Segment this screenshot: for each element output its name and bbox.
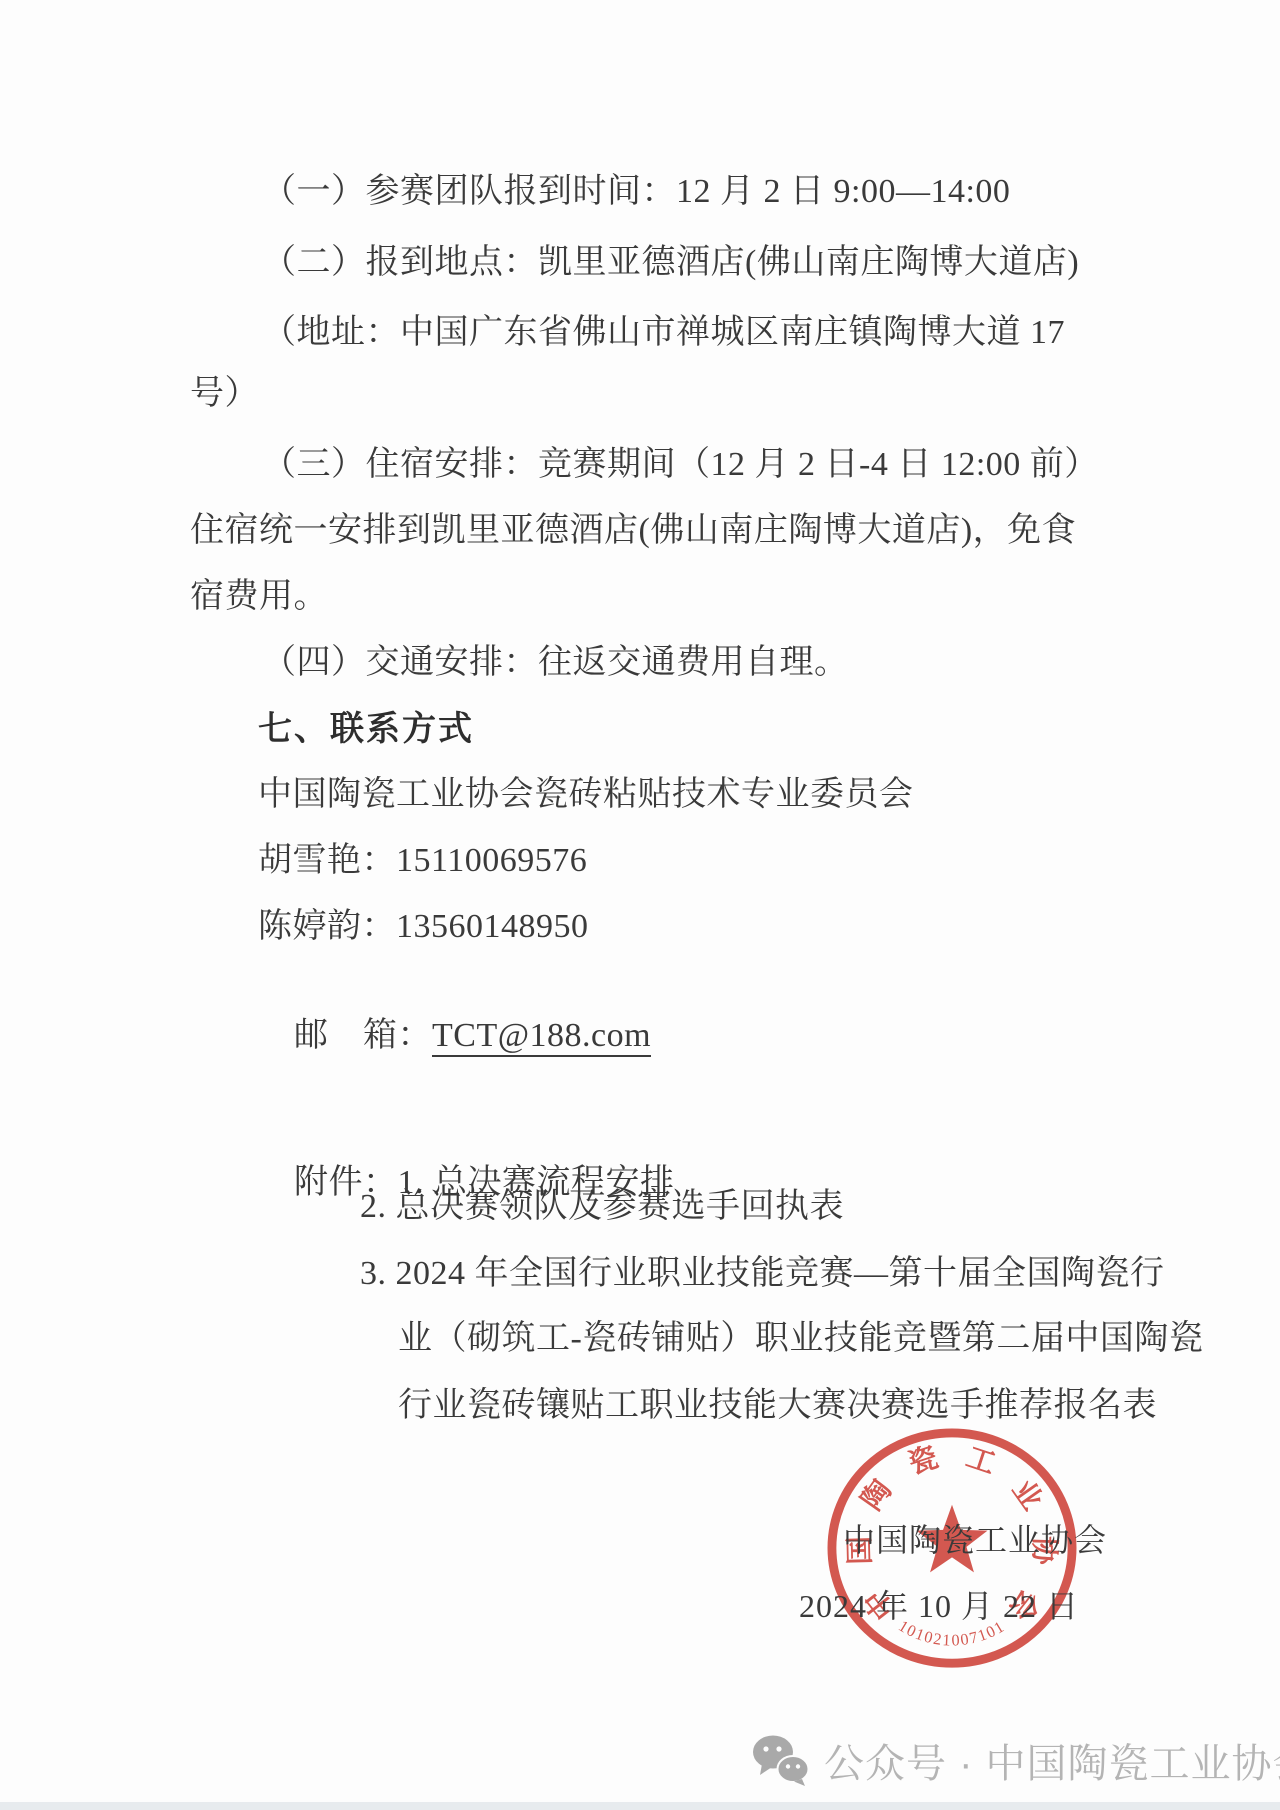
doc-line-address-wrap: 号） xyxy=(190,372,259,416)
doc-line-accommodation-wrap2: 宿费用。 xyxy=(190,575,328,619)
doc-line-accommodation-wrap1: 住宿统一安排到凯里亚德酒店(佛山南庄陶博大道店)，免食 xyxy=(190,509,1076,553)
doc-line-accommodation: （三）住宿安排：竞赛期间（12 月 2 日-4 日 12:00 前） xyxy=(262,443,1099,487)
svg-text:工: 工 xyxy=(962,1442,999,1480)
svg-text:陶: 陶 xyxy=(855,1473,899,1516)
doc-line-contact-phone-2: 陈婷韵：13560148950 xyxy=(258,905,589,949)
svg-text:瓷: 瓷 xyxy=(904,1440,942,1480)
attachment-item-3-wrap2: 行业瓷砖镶贴工职业技能大赛决赛选手推荐报名表 xyxy=(398,1384,1157,1428)
svg-text:业: 业 xyxy=(1006,1474,1049,1516)
wechat-icon xyxy=(752,1735,810,1787)
email-address: TCT@188.com xyxy=(432,1017,651,1057)
doc-line-transportation: （四）交通安排：往返交通费用自理。 xyxy=(262,641,849,685)
signature-date: 2024 年 10 月 22 日 xyxy=(799,1584,1079,1628)
doc-line-registration-time: （一）参赛团队报到时间：12 月 2 日 9:00—14:00 xyxy=(262,170,1010,214)
doc-line-address: （地址：中国广东省佛山市禅城区南庄镇陶博大道 17 xyxy=(262,311,1065,355)
doc-line-registration-place: （二）报到地点：凯里亚德酒店(佛山南庄陶博大道店) xyxy=(262,241,1079,285)
attachment-item-3: 3. 2024 年全国行业职业技能竞赛—第十届全国陶瓷行 xyxy=(360,1252,1165,1296)
attachment-list-line-1: 附件：1. 总决赛流程安排 xyxy=(258,1117,675,1249)
scanned-notice-page: 中国陶瓷工业协会 11010210071012 （一）参赛团队报到时间：12 月… xyxy=(0,0,1280,1810)
doc-line-contact-phone-1: 胡雪艳：15110069576 xyxy=(258,839,587,883)
section-heading-contact: 七、联系方式 xyxy=(258,707,474,751)
footer-public-account-label: 公众号 · 中国陶瓷工业协会 xyxy=(824,1732,1280,1789)
footer-public-account: 公众号 · 中国陶瓷工业协会 xyxy=(752,1732,1280,1789)
doc-line-email: 邮 箱：TCT@188.com xyxy=(258,970,651,1102)
doc-line-committee: 中国陶瓷工业协会瓷砖粘贴技术专业委员会 xyxy=(258,773,914,817)
email-label: 邮 箱： xyxy=(294,1017,432,1054)
signature-organization: 中国陶瓷工业协会 xyxy=(843,1518,1107,1562)
attachment-item-2: 2. 总决赛领队及参赛选手回执表 xyxy=(360,1185,844,1229)
scan-edge-strip xyxy=(0,1802,1280,1810)
attachment-item-3-wrap1: 业（砌筑工-瓷砖铺贴）职业技能竞暨第二届中国陶瓷 xyxy=(398,1317,1203,1361)
